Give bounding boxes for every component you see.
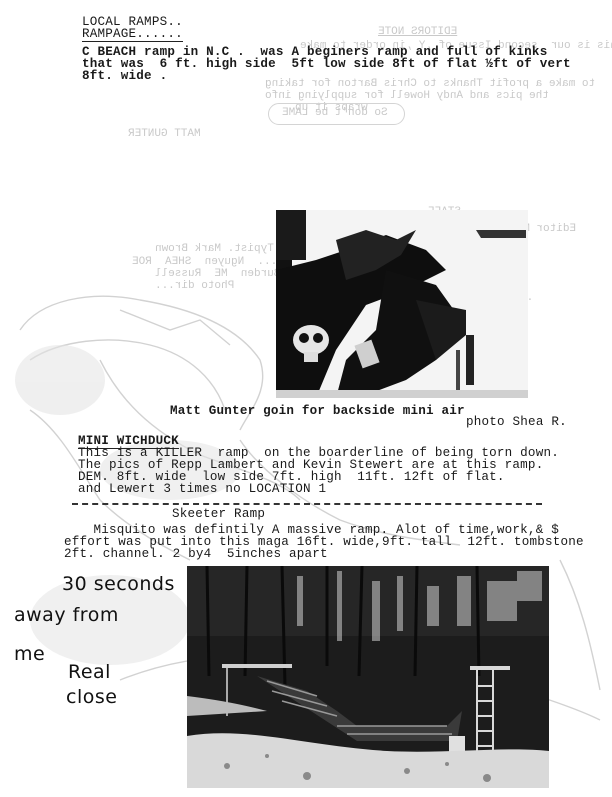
photo-1-credit: photo Shea R. — [466, 416, 567, 429]
halfpipe-photo — [187, 566, 549, 788]
handwritten-note-line: away from — [14, 604, 119, 626]
photo-1-caption: Matt Gunter goin for backside mini air — [170, 405, 465, 418]
handwritten-note-line: close — [66, 686, 117, 708]
mini-wichduck-line: and Lewert 3 times no LOCATION 1 — [78, 483, 326, 496]
c-beach-line: 8ft. wide . — [82, 70, 167, 83]
skater-photo — [276, 210, 528, 398]
skeeter-line: 2ft. channel. 2 by4 5inches apart — [64, 548, 328, 561]
handwritten-note-line: 30 seconds — [62, 573, 175, 595]
section-subtitle: RAMPAGE...... — [82, 28, 183, 42]
skeeter-title: Skeeter Ramp — [172, 508, 265, 521]
handwritten-note-line: me — [14, 643, 45, 665]
zine-page: EDITORS NOTE This is our second Issue of… — [0, 0, 612, 797]
section-divider — [72, 503, 542, 505]
handwritten-note-line: Real — [68, 661, 111, 683]
